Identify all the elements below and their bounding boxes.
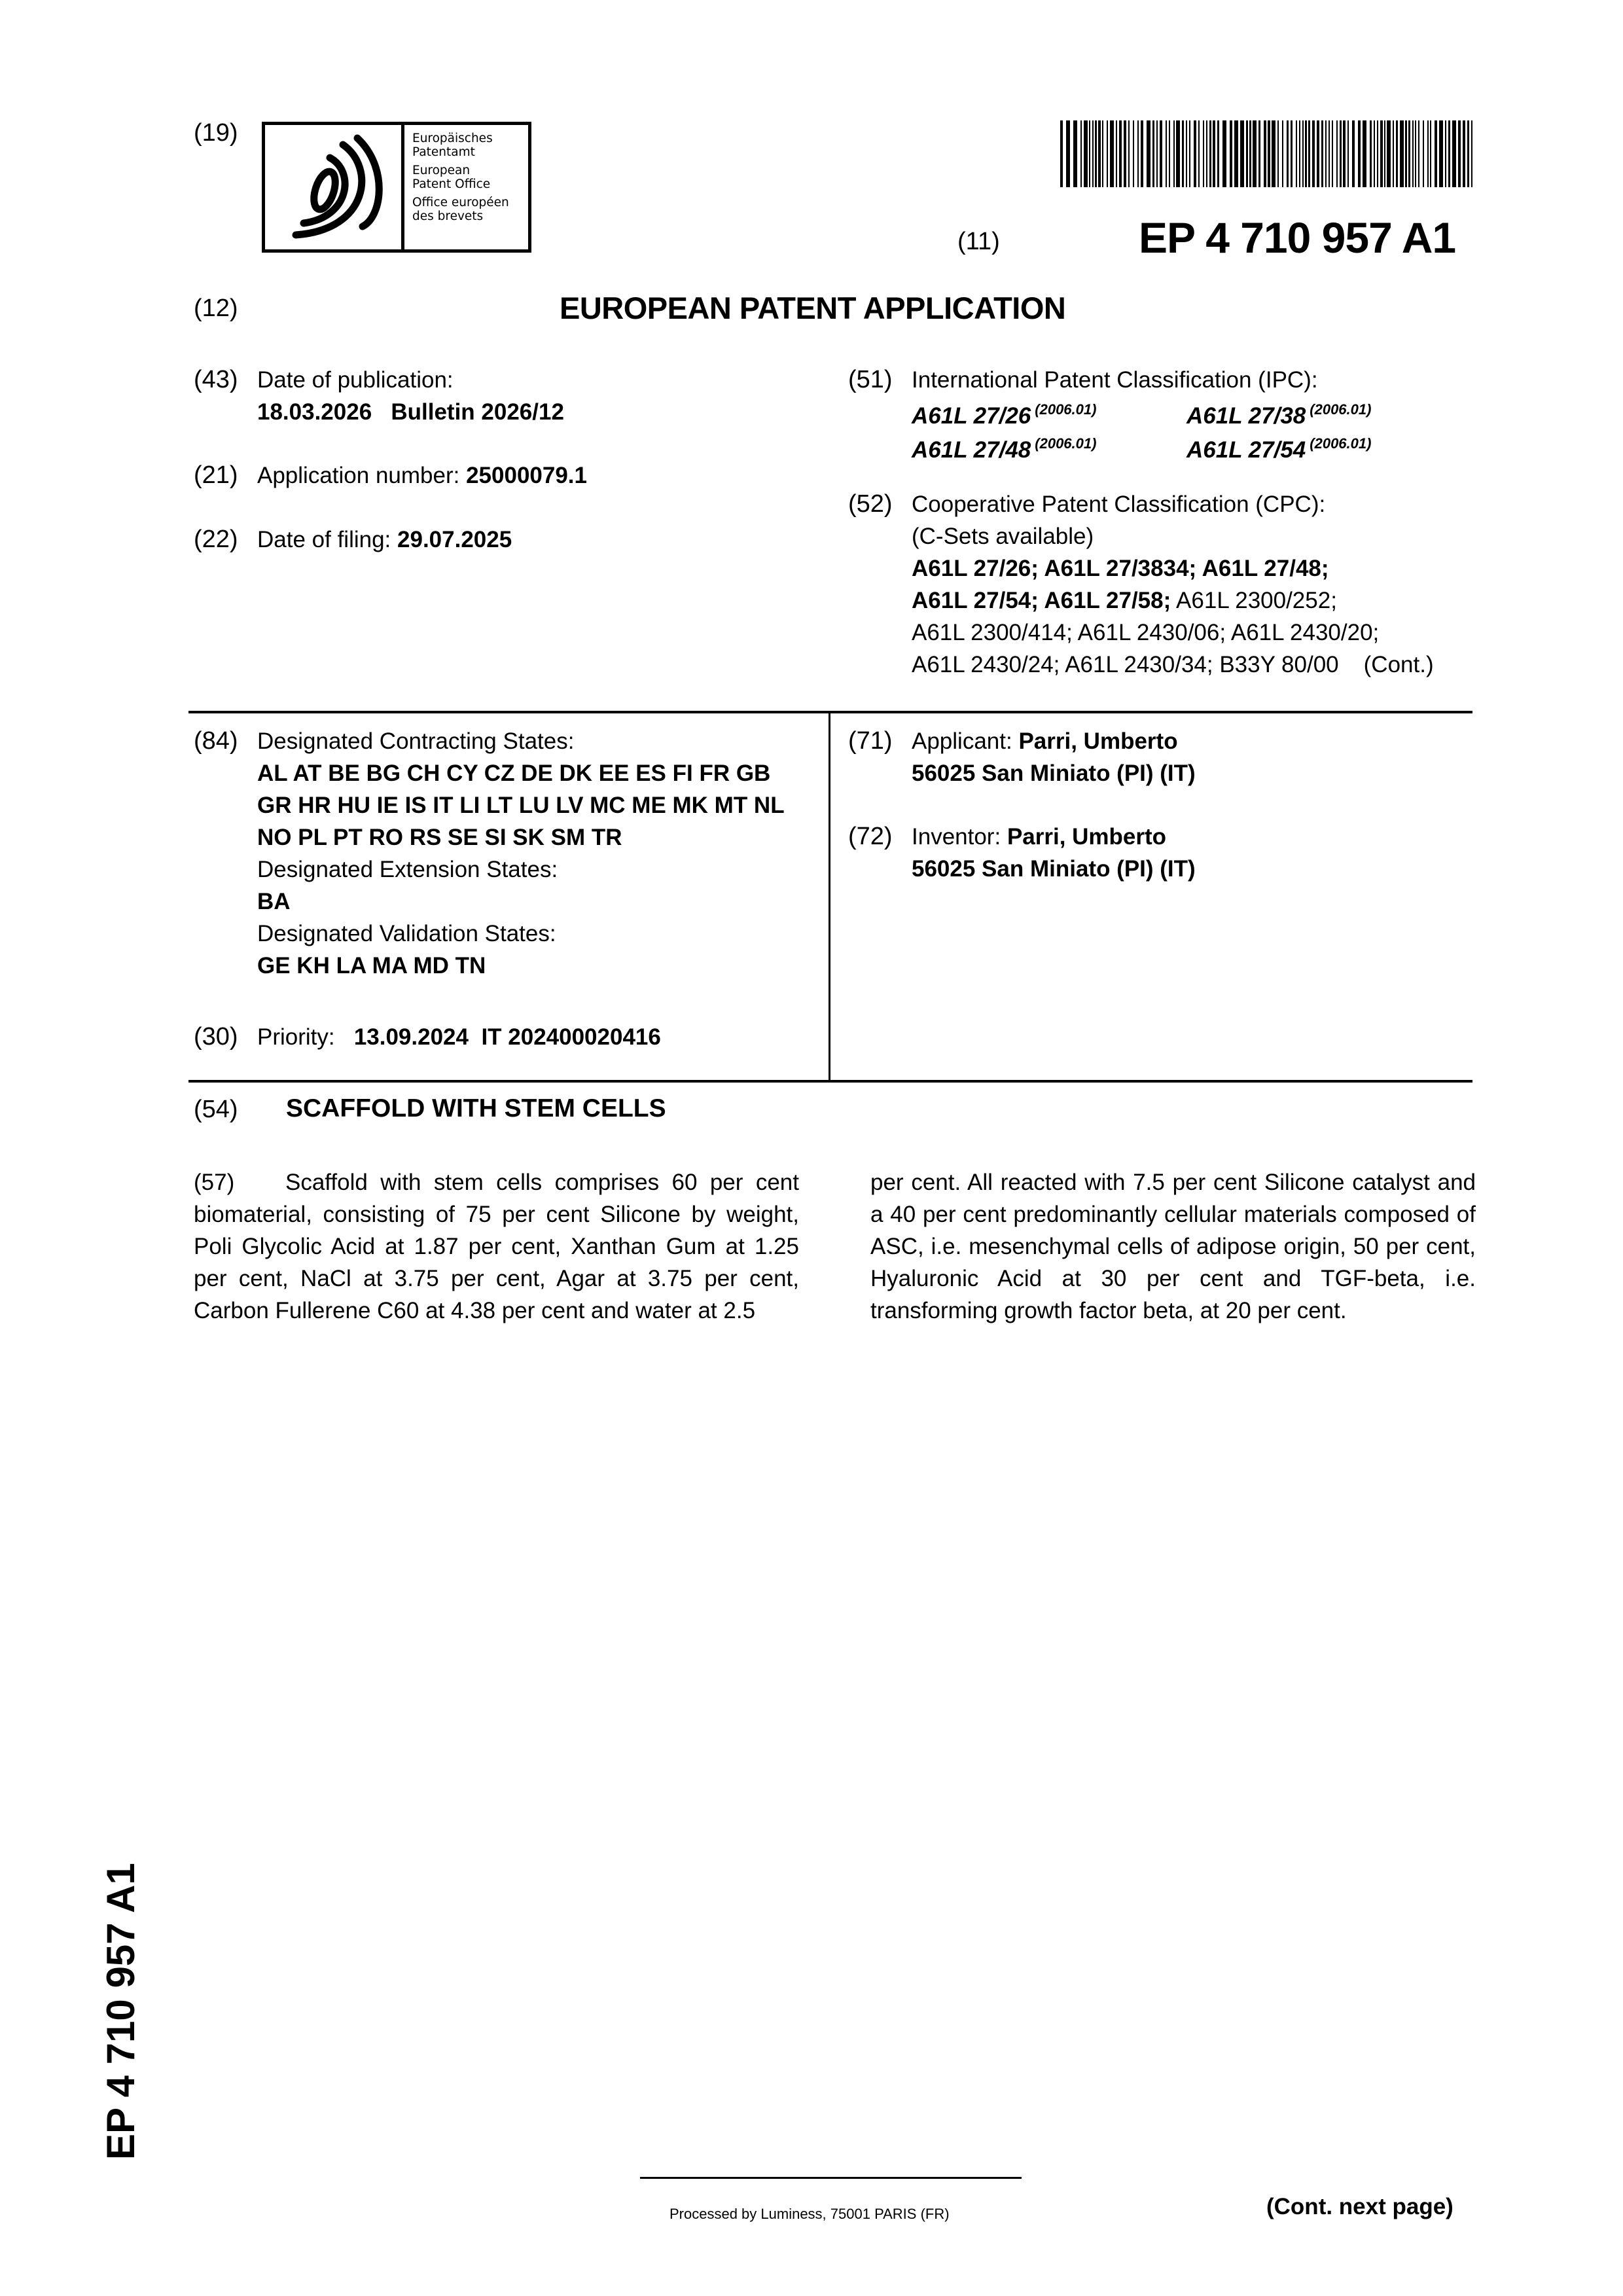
extension-states: BA <box>257 886 785 918</box>
priority-number: IT 202400020416 <box>481 1024 660 1050</box>
inid-11: (11) <box>957 229 1000 254</box>
abstract-column-2: per cent. All reacted with 7.5 per cent … <box>870 1166 1476 1327</box>
epo-logo-icon <box>265 125 404 249</box>
applicant-label: Applicant: <box>912 728 1012 754</box>
cpc-line: A61L 2300/414; A61L 2430/06; A61L 2430/2… <box>912 617 1434 649</box>
inventor-label: Inventor: <box>912 824 1001 850</box>
abstract-column-1: (57)Scaffold with stem cells comprises 6… <box>194 1166 799 1327</box>
bulletin: Bulletin 2026/12 <box>391 399 564 425</box>
document-kind: EUROPEAN PATENT APPLICATION <box>560 290 1065 326</box>
validation-states-label: Designated Validation States: <box>257 918 785 950</box>
applicant-name: Parri, Umberto <box>1018 728 1177 754</box>
invention-title: SCAFFOLD WITH STEM CELLS <box>286 1094 666 1123</box>
epo-logo-text: EuropäischesPatentamt EuropeanPatent Off… <box>404 125 528 249</box>
validation-states: GE KH LA MA MD TN <box>257 950 785 982</box>
inid-19: (19) <box>194 120 238 145</box>
priority-date: 13.09.2024 <box>354 1024 469 1050</box>
contracting-states-label: Designated Contracting States: <box>257 725 785 757</box>
barcode <box>1060 120 1476 187</box>
inid-57: (57) <box>194 1166 285 1198</box>
footer-rule <box>640 2177 1022 2179</box>
filing-date-label: Date of filing: <box>257 527 391 552</box>
ipc-code: A61L 27/26(2006.01) <box>912 396 1186 430</box>
divider-bottom <box>188 1080 1472 1083</box>
publication-date-label: Date of publication: <box>257 364 564 396</box>
cpc-line: A61L 2430/24; A61L 2430/34; B33Y 80/00(C… <box>912 649 1434 681</box>
inid-54: (54) <box>194 1097 238 1122</box>
contracting-states: NO PL PT RO RS SE SI SK SM TR <box>257 821 785 853</box>
ipc-code: A61L 27/48(2006.01) <box>912 430 1186 464</box>
applicant-address: 56025 San Miniato (PI) (IT) <box>912 757 1196 789</box>
cpc-cont: (Cont.) <box>1364 652 1434 677</box>
publication-number: EP 4 710 957 A1 <box>1139 213 1455 262</box>
ipc-code: A61L 27/54(2006.01) <box>1186 430 1383 464</box>
cpc-line: A61L 27/54; A61L 27/58; A61L 2300/252; <box>912 584 1434 617</box>
application-number-label: Application number: <box>257 463 459 488</box>
continuation-note: (Cont. next page) <box>1266 2194 1454 2220</box>
contracting-states: GR HR HU IE IS IT LI LT LU LV MC ME MK M… <box>257 789 785 821</box>
processed-by: Processed by Luminess, 75001 PARIS (FR) <box>669 2206 950 2223</box>
divider-vertical <box>829 711 830 1083</box>
application-number: 25000079.1 <box>466 463 587 488</box>
priority-label: Priority: <box>257 1024 335 1050</box>
cpc-line: A61L 27/26; A61L 27/3834; A61L 27/48; <box>912 552 1434 584</box>
ipc-label: International Patent Classification (IPC… <box>912 364 1383 396</box>
cpc-note: (C-Sets available) <box>912 520 1434 552</box>
epo-logo: EuropäischesPatentamt EuropeanPatent Off… <box>262 122 531 253</box>
divider-top <box>188 711 1472 713</box>
filing-date: 29.07.2025 <box>397 527 512 552</box>
contracting-states: AL AT BE BG CH CY CZ DE DK EE ES FI FR G… <box>257 757 785 789</box>
side-publication-number: EP 4 710 957 A1 <box>98 1863 143 2160</box>
ipc-code: A61L 27/38(2006.01) <box>1186 396 1383 430</box>
inventor-name: Parri, Umberto <box>1007 824 1166 850</box>
inventor-address: 56025 San Miniato (PI) (IT) <box>912 853 1196 885</box>
abstract-text-2: per cent. All reacted with 7.5 per cent … <box>870 1170 1476 1323</box>
inid-12: (12) <box>194 296 238 321</box>
publication-date: 18.03.2026 <box>257 399 372 425</box>
cpc-label: Cooperative Patent Classification (CPC): <box>912 488 1434 520</box>
extension-states-label: Designated Extension States: <box>257 853 785 886</box>
